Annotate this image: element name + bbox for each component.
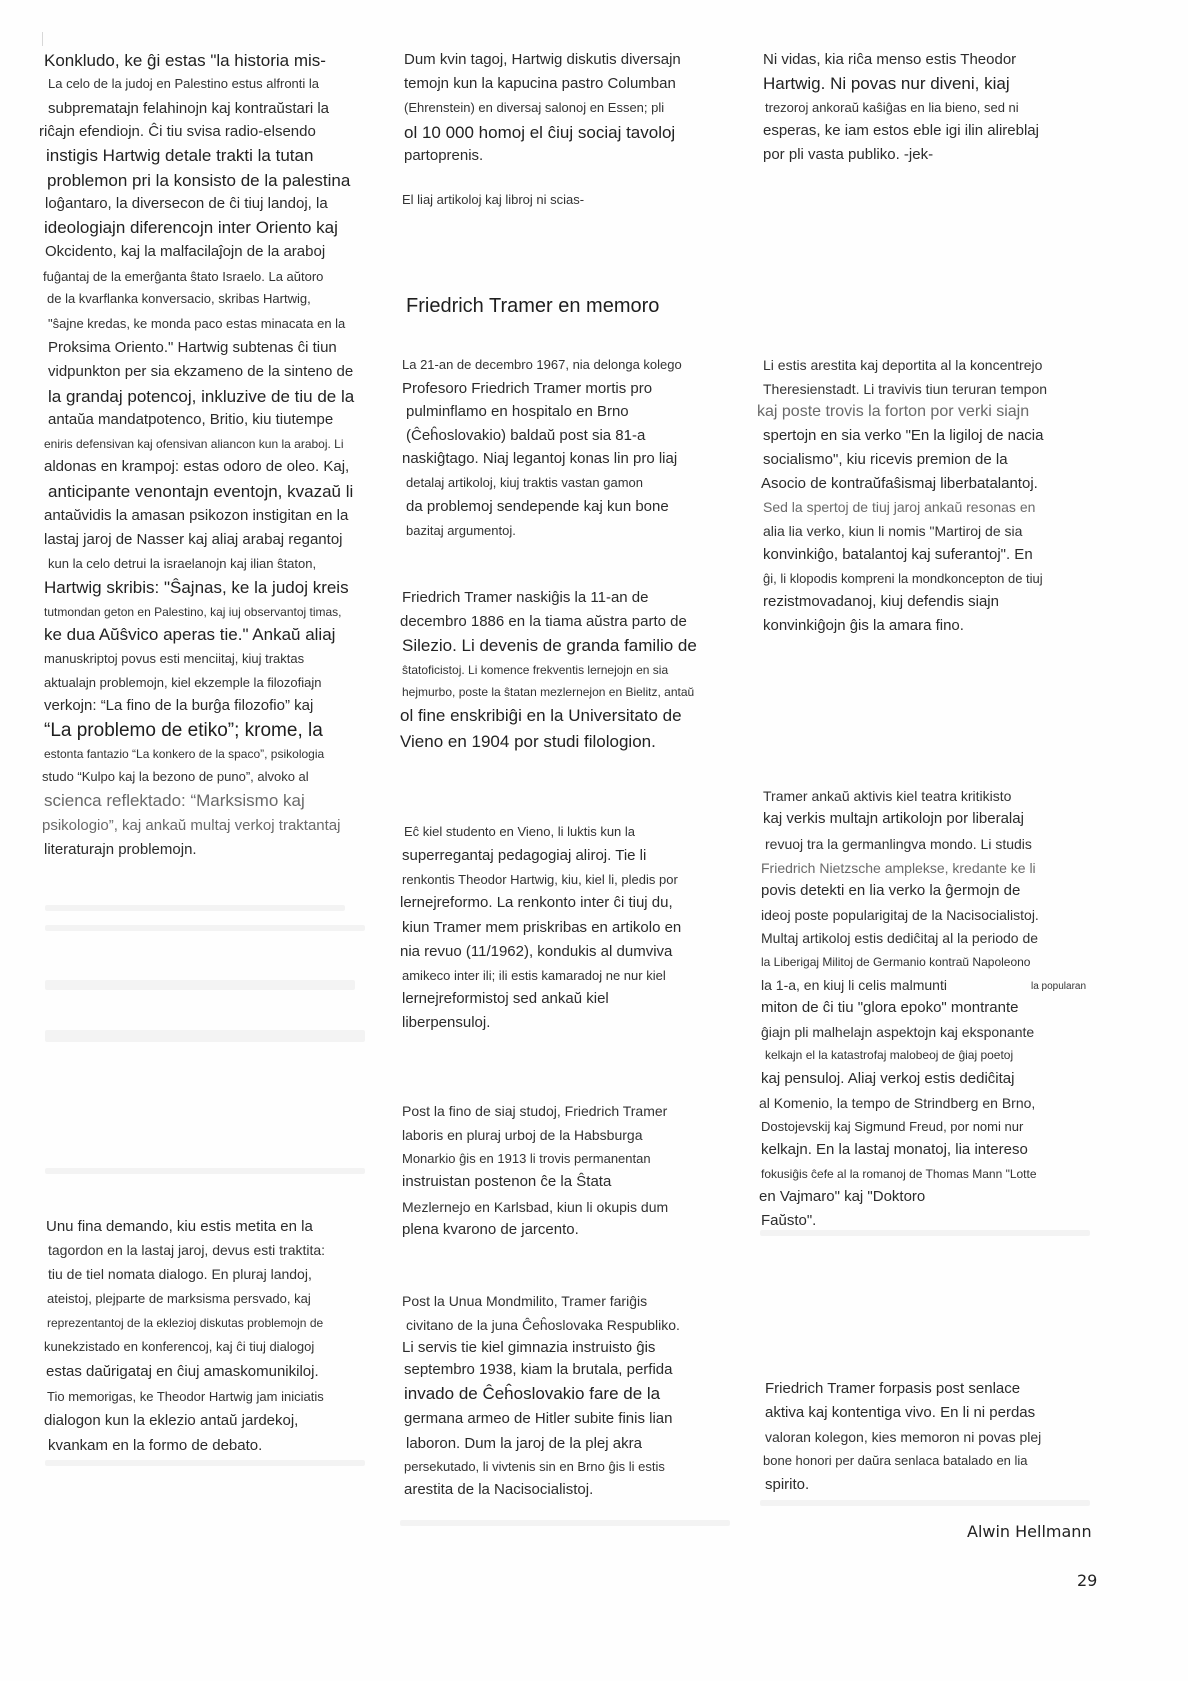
text-line: socialismo", kiu ricevis premion de la	[763, 452, 1008, 467]
text-line: dialogon kun la eklezio antaŭ jardekoj,	[44, 1413, 298, 1428]
text-line: konvinkiĝo, batalantoj kaj suferantoj". …	[763, 547, 1033, 562]
scan-ghost-line	[45, 1460, 365, 1466]
text-line: Dostojevskij kaj Sigmund Freud, por nomi…	[761, 1120, 1023, 1133]
scan-ghost-line	[45, 1168, 365, 1174]
text-line: naskiĝtago. Niaj legantoj konas lin pro …	[402, 451, 677, 466]
text-line: aktualajn problemojn, kiel ekzemple la f…	[44, 676, 321, 689]
text-line: ol fine enskribiĝi en la Universitato de	[400, 707, 682, 724]
author-signature: Alwin Hellmann	[967, 1522, 1092, 1541]
text-line: Ni vidas, kia riĉa menso estis Theodor	[763, 52, 1016, 67]
text-line: Friedrich Nietzsche amplekse, kredante k…	[761, 861, 1036, 875]
text-line: bazitaj argumentoj.	[406, 524, 516, 537]
text-line: tutmondan geton en Palestino, kaj iuj ob…	[44, 606, 342, 618]
text-line: miton de ĉi tiu "glora epoko" montrante	[761, 1000, 1018, 1015]
text-line: ideologiajn diferencojn inter Oriento ka…	[44, 219, 338, 236]
text-line: loĝantaro, la diversecon de ĉi tiuj land…	[45, 196, 328, 211]
text-line: Vieno en 1904 por studi filologion.	[400, 733, 656, 750]
text-line: decembro 1886 en la tiama aŭstra parto d…	[400, 614, 687, 629]
text-line: hejmurbo, poste la ŝtatan mezlernejon en…	[402, 686, 694, 698]
text-line: germana armeo de Hitler subite finis lia…	[404, 1411, 672, 1426]
text-line: Unu fina demando, kiu estis metita en la	[46, 1219, 313, 1234]
text-line: Tramer ankaŭ aktivis kiel teatra kritiki…	[763, 789, 1011, 803]
text-line: Faŭsto".	[761, 1213, 816, 1228]
scan-ghost-line	[45, 980, 355, 990]
magazine-page: Konkludo, ke ĝi estas "la historia mis- …	[0, 0, 1188, 1681]
text-line: estas daŭrigataj en ĉiuj amaskomunikiloj…	[46, 1364, 319, 1379]
scan-ghost-line	[45, 905, 345, 911]
obituary-heading: Friedrich Tramer en memoro	[406, 295, 659, 318]
text-line: Friedrich Tramer naskiĝis la 11-an de	[402, 590, 649, 605]
text-line: al Komenio, la tempo de Strindberg en Br…	[759, 1096, 1035, 1110]
text-line: eniris defensivan kaj ofensivan aliancon…	[44, 438, 344, 450]
text-line: Profesoro Friedrich Tramer mortis pro	[402, 381, 652, 396]
scan-ghost-line	[760, 1500, 1090, 1506]
text-line: kaj verkis multajn artikolojn por libera…	[763, 811, 1024, 826]
text-line: reprezentantoj de la eklezioj diskutas p…	[47, 1317, 323, 1329]
text-line: ĝi, li klopodis kompreni la mondkoncepto…	[763, 572, 1043, 585]
text-line: temojn kun la kapucina pastro Columban	[404, 76, 676, 91]
text-line: “La problemo de etiko”; krome, la	[44, 721, 323, 740]
text-line: ol 10 000 homoj el ĉiuj sociaj tavoloj	[404, 124, 675, 141]
text-line: antaŭvidis la amasan psikozon instigitan…	[44, 508, 348, 523]
text-line: la grandaj potencoj, inkluzive de tiu de…	[48, 388, 354, 405]
text-line: spertojn en sia verko "En la ligiloj de …	[763, 428, 1043, 443]
text-line: Hartwig. Ni povas nur diveni, kiaj	[763, 75, 1010, 92]
text-line: laboris en pluraj urboj de la Habsburga	[402, 1128, 642, 1142]
text-line: Konkludo, ke ĝi estas "la historia mis-	[44, 52, 326, 69]
text-line: El liaj artikoloj kaj libroj ni scias-	[402, 193, 584, 206]
text-line: revuoj tra la germanlingva mondo. Li stu…	[765, 837, 1032, 851]
text-line: Tio memorigas, ke Theodor Hartwig jam in…	[47, 1390, 324, 1403]
text-line: tiu de tiel nomata dialogo. En pluraj la…	[48, 1267, 312, 1281]
text-line: bone honori per daŭra senlaca batalado e…	[763, 1454, 1028, 1467]
text-line: Theresienstadt. Li travivis tiun teruran…	[763, 382, 1047, 396]
text-line: valoran kolegon, kies memoron ni povas p…	[765, 1430, 1041, 1444]
text-line: lastaj jaroj de Nasser kaj aliaj arabaj …	[44, 532, 343, 547]
text-line: alia lia verko, kiun li nomis "Martiroj …	[763, 524, 1022, 538]
text-line: antaŭa mandatpotenco, Britio, kiu tiutem…	[48, 412, 333, 427]
text-line: pulminflamo en hospitalo en Brno	[406, 404, 629, 419]
text-line: ateistoj, plejparte de marksisma persvad…	[47, 1292, 311, 1305]
text-line: La celo de la judoj en Palestino estus a…	[48, 77, 319, 90]
text-line: laboron. Dum la jaroj de la plej akra	[406, 1436, 642, 1451]
text-line: Silezio. Li devenis de granda familio de	[402, 637, 697, 654]
text-line: nia revuo (11/1962), kondukis al dumviva	[400, 944, 672, 959]
text-line: lernejreformo. La renkonto inter ĉi tiuj…	[400, 895, 673, 910]
text-line: ideoj poste popularigitaj de la Nacisoci…	[761, 908, 1039, 922]
text-line: aktiva kaj kontentiga vivo. En li ni per…	[765, 1405, 1035, 1420]
scan-ghost-line	[400, 1520, 730, 1526]
text-line: (Ĉeĥoslovakio) baldaŭ post sia 81-a	[406, 428, 645, 443]
text-line: persekutado, li vivtenis sin en Brno ĝis…	[404, 1460, 665, 1473]
text-line: en Vajmaro" kaj "Doktoro	[759, 1189, 925, 1204]
text-line: kelkajn el la katastrofaj malobeoj de ĝi…	[765, 1049, 1013, 1061]
text-line: la Liberigaj Militoj de Germanio kontraŭ…	[761, 956, 1030, 968]
text-line: trezoroj ankoraŭ kaŝiĝas en lia bieno, s…	[765, 101, 1019, 114]
page-number: 29	[1077, 1571, 1097, 1590]
text-line: Monarkio ĝis en 1913 li trovis permanent…	[402, 1152, 651, 1165]
text-line: por pli vasta publiko. -jek-	[763, 147, 933, 162]
text-line: superregantaj pedagogiaj aliroj. Tie li	[402, 848, 646, 863]
text-line: kaj poste trovis la forton por verki sia…	[757, 404, 1029, 420]
text-line: instruistan postenon ĉe la Ŝtata	[402, 1174, 611, 1189]
text-line: riĉajn efendiojn. Ĉi tiu svisa radio-els…	[39, 124, 316, 139]
text-line: tagordon en la lastaj jaroj, devus esti …	[48, 1243, 325, 1257]
text-line: Okcidento, kaj la malfacilaĵojn de la ar…	[45, 244, 325, 259]
text-line: povis detekti en lia verko la ĝermojn de	[761, 883, 1020, 898]
text-line: Proksima Oriento." Hartwig subtenas ĉi t…	[48, 340, 337, 355]
scan-ghost-line	[760, 1230, 1090, 1236]
scan-ghost-line	[45, 1030, 365, 1042]
text-line: manuskriptoj povus esti menciitaj, kiuj …	[44, 652, 304, 665]
text-line: partoprenis.	[404, 148, 483, 163]
text-line: "ŝajne kredas, ke monda paco estas minac…	[48, 317, 345, 330]
text-line: literaturajn problemojn.	[44, 842, 197, 857]
text-line: estonta fantazio “La konkero de la spaco…	[44, 748, 324, 760]
text-line: Li estis arestita kaj deportita al la ko…	[763, 358, 1042, 372]
text-line: Eĉ kiel studento en Vieno, li luktis kun…	[404, 825, 635, 838]
text-line: psikologio”, kaj ankaŭ multaj verkoj tra…	[42, 818, 340, 833]
text-line: ŝtatoficistoj. Li komence frekventis ler…	[402, 664, 668, 676]
scan-mark	[42, 32, 43, 46]
text-line: Hartwig skribis: "Ŝajnas, ke la judoj kr…	[44, 579, 349, 596]
text-line: scienca reflektado: “Marksismo kaj	[44, 792, 305, 809]
text-fragment: la popularan	[1031, 982, 1086, 992]
text-line: ke dua Aŭŝvico aperas tie." Ankaŭ aliaj	[44, 626, 335, 643]
text-line: detalaj artikoloj, kiuj traktis vastan g…	[406, 476, 643, 489]
text-line: ĝiajn pli malhelajn aspektojn kaj ekspon…	[761, 1025, 1034, 1039]
text-line: la 1-a, en kiuj li celis malmunti	[761, 978, 947, 992]
text-line: aldonas en krampoj: estas odoro de oleo.…	[44, 459, 349, 474]
text-line: Sed la spertoj de tiuj jaroj ankaŭ reson…	[763, 500, 1035, 514]
text-line: Friedrich Tramer forpasis post senlace	[765, 1381, 1020, 1396]
text-line: kvankam en la formo de debato.	[48, 1438, 262, 1453]
text-line: Mezlernejo en Karlsbad, kiun li okupis d…	[402, 1200, 668, 1214]
text-line: subprematajn felahinojn kaj kontraŭstari…	[48, 101, 329, 116]
text-line: kunekzistado en konferencoj, kaj ĉi tiuj…	[44, 1340, 314, 1353]
text-line: liberpensuloj.	[402, 1015, 490, 1030]
text-line: rezistmovadanoj, kiuj defendis siajn	[763, 594, 999, 609]
text-line: da problemoj sendepende kaj kun bone	[406, 499, 669, 514]
text-line: vidpunkton per sia ekzameno de la sinten…	[48, 364, 353, 379]
text-line: Dum kvin tagoj, Hartwig diskutis diversa…	[404, 52, 681, 67]
scan-ghost-line	[45, 925, 365, 931]
text-line: amikeco inter ili; ili estis kamaradoj n…	[402, 969, 666, 982]
text-line: instigis Hartwig detale trakti la tutan	[46, 147, 313, 164]
text-line: plena kvarono de jarcento.	[402, 1222, 579, 1237]
text-line: Multaj artikoloj estis dediĉitaj al la p…	[761, 931, 1038, 945]
text-line: Li servis tie kiel gimnazia instruisto ĝ…	[402, 1340, 655, 1355]
text-line: kiun Tramer mem priskribas en artikolo e…	[402, 920, 681, 935]
text-line: spirito.	[765, 1477, 809, 1492]
text-line: La 21-an de decembro 1967, nia delonga k…	[402, 358, 682, 371]
text-line: esperas, ke iam estos eble igi ilin alir…	[763, 123, 1039, 138]
text-line: verkojn: “La fino de la burĝa filozofio”…	[44, 698, 313, 713]
text-line: kun la celo detrui la israelanojn kaj il…	[48, 557, 316, 570]
text-line: invado de Ĉeĥoslovakio fare de la	[404, 1385, 660, 1402]
text-line: lernejreformistoj sed ankaŭ kiel	[402, 991, 609, 1006]
text-line: anticipante venontajn eventojn, kvazaŭ l…	[48, 483, 353, 500]
text-line: studo “Kulpo kaj la bezono de puno”, alv…	[42, 770, 309, 783]
text-line: renkontis Theodor Hartwig, kiu, kiel li,…	[402, 873, 678, 886]
text-line: de la kvarflanka konversacio, skribas Ha…	[47, 292, 311, 305]
text-line: Asocio de kontraŭfaŝismaj liberbatalanto…	[761, 476, 1038, 491]
text-line: kaj pensuloj. Aliaj verkoj estis dediĉit…	[761, 1071, 1014, 1086]
text-line: (Ehrenstein) en diversaj salonoj en Esse…	[404, 101, 664, 114]
text-line: fokusiĝis ĉefe al la romanoj de Thomas M…	[761, 1168, 1037, 1180]
text-line: civitano de la juna Ĉeĥoslovaka Respubli…	[406, 1318, 680, 1332]
text-line: konvinkiĝojn ĝis la amara fino.	[763, 618, 964, 633]
text-line: Post la fino de siaj studoj, Friedrich T…	[402, 1104, 667, 1118]
text-line: fuĝantaj de la emerĝanta ŝtato Israelo. …	[43, 270, 323, 283]
text-line: Post la Unua Mondmilito, Tramer fariĝis	[402, 1294, 647, 1308]
text-line: problemon pri la konsisto de la palestin…	[47, 172, 350, 189]
text-line: arestita de la Nacisocialistoj.	[404, 1482, 593, 1497]
text-line: kelkajn. En la lastaj monatoj, lia inter…	[761, 1142, 1028, 1157]
text-line: septembro 1938, kiam la brutala, perfida	[404, 1362, 672, 1377]
